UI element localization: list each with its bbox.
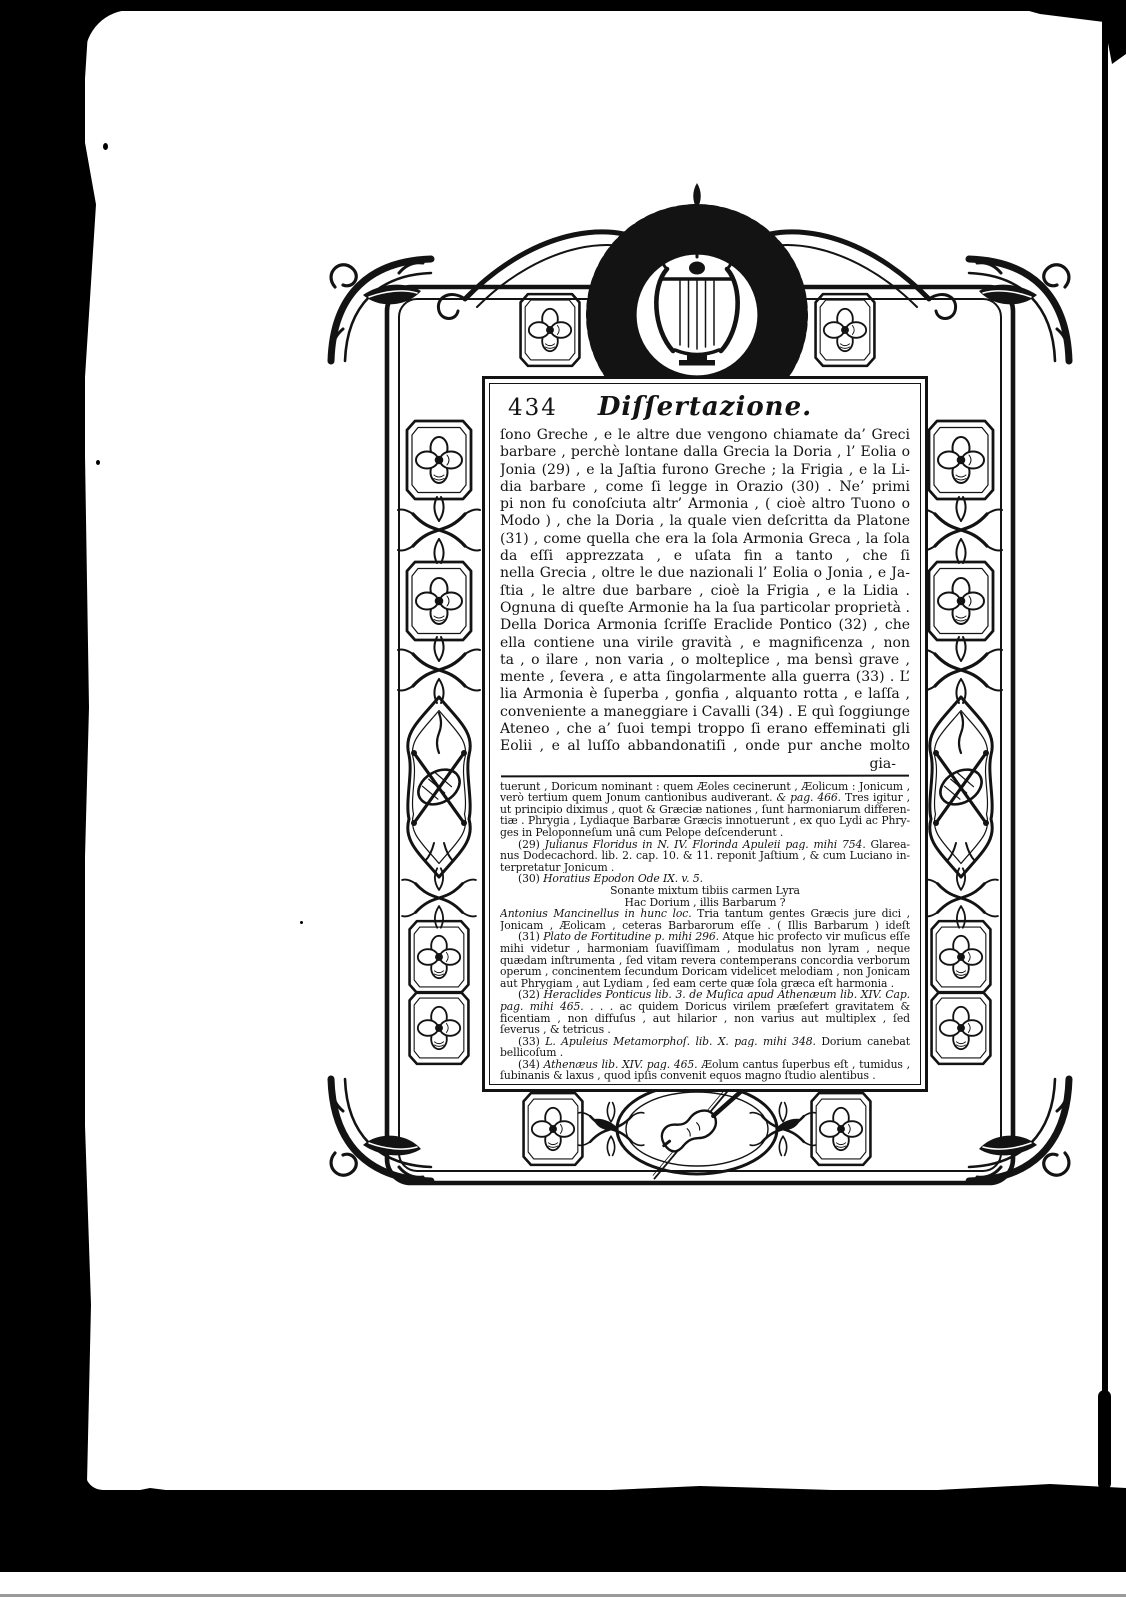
body-text-line: Modo ) , che la Doria , la quale vien de… (500, 513, 910, 530)
footnote-line: ut principio diximus , quot & Græciæ nat… (500, 804, 910, 816)
text-panel: 434 Diſſertazione. ſono Greche , e le al… (482, 376, 928, 1092)
body-text-line: mente , ſevera , e atta ſingolarmente al… (500, 669, 910, 686)
corner-scroll-bottom-right (969, 1079, 1069, 1181)
footnote-line: (34) Athenæus lib. XIV. pag. 465. Æolum … (500, 1059, 910, 1071)
rosette-panel-top-right (816, 294, 875, 366)
footnote-line: ſubinanis & laxus , quod ipſis convenit … (500, 1070, 910, 1082)
body-text-line: Eolii , e al luſſo abbandonatiſi , onde … (500, 738, 910, 755)
scan-top-edge (0, 0, 1126, 11)
page-header: 434 Diſſertazione. (500, 392, 910, 424)
body-text-line: ella contiene una virile gravità , e mag… (500, 635, 910, 652)
drum-and-drumsticks-icon (408, 697, 471, 877)
running-title: Diſſertazione. (570, 392, 840, 422)
text-panel-inner: 434 Diſſertazione. ſono Greche , e le al… (489, 383, 921, 1085)
footnote-line: ficentiam , non diffuſus , aut hilarior … (500, 1013, 910, 1025)
scan-gutter-blob (1098, 1390, 1111, 1490)
footnote-line: (29) Julianus Floridus in N. IV. Florind… (500, 839, 910, 851)
footnote-rule (501, 774, 909, 777)
footnote-line: pag. mihi 465. . . . ac quidem Doricus v… (500, 1001, 910, 1013)
footnote-line: Hac Dorium , illis Barbarum ? (500, 897, 910, 909)
body-text-line: Ognuna di queſte Armonie ha la ſua parti… (500, 600, 910, 617)
footnote-line: Antonius Mancinellus in hunc loc. Tria t… (500, 908, 910, 920)
body-text-line: ſono Greche , e le altre due vengono chi… (500, 427, 910, 444)
footnote-line: mihi videtur , harmoniam ſuaviſſimam , m… (500, 943, 910, 955)
scan-speck (96, 460, 100, 465)
body-text-line: dia barbare , come ſi legge in Orazio (3… (500, 479, 910, 496)
corner-scroll-bottom-left (331, 1079, 431, 1181)
body-text-line: ſtia , le altre due barbare , cioè la Fr… (500, 583, 910, 600)
body-text-line: barbare , perchè lontane dalla Grecia la… (500, 444, 910, 461)
page-number: 434 (500, 395, 570, 421)
footnote-line: operum , concinentem ſecundum Doricam vi… (500, 966, 910, 978)
footnote-line: tuerunt , Doricum nominant : quem Æoles … (500, 781, 910, 793)
body-text-line: nella Grecia , oltre le due nazionali l’… (500, 565, 910, 582)
scanned-book-page: { "document": { "page_number": "434", "r… (0, 0, 1126, 1600)
catchword: gia- (500, 756, 910, 773)
body-text-line: Della Dorica Armonia ſcriſſe Eraclide Po… (500, 617, 910, 634)
scan-bottom-edge (0, 1484, 1126, 1572)
body-text-line: Jonia (29) , e la Jaſtia furono Greche ;… (500, 462, 910, 479)
footnote-line: (33) L. Apuleius Metamorphoſ. lib. X. pa… (500, 1036, 910, 1048)
footnote-line: aut Phrygiam , aut Lydiam , ſed eam cert… (500, 978, 910, 990)
footnote-line: quædam inſtrumenta , ſed vitam revera co… (500, 955, 910, 967)
body-text-line: da eſſi apprezzata , e uſata fin a tanto… (500, 548, 910, 565)
body-text-line: Ateneo , che a’ ſuoi tempi troppo ſi era… (500, 721, 910, 738)
footnote-line: Sonante mixtum tibiis carmen Lyra (500, 885, 910, 897)
rosette-panel-top-left (521, 294, 580, 366)
corner-scroll-top-right (969, 259, 1069, 361)
body-text-line: (31) , come quella che era la ſola Armon… (500, 531, 910, 548)
corner-scroll-top-left (331, 259, 431, 361)
footnotes: tuerunt , Doricum nominant : quem Æoles … (500, 781, 910, 1082)
body-text-line: pi non fu conoſciuta altr’ Armonia , ( c… (500, 496, 910, 513)
body-text-line: lia Armonia è ſuperba , gonfia , alquant… (500, 686, 910, 703)
footnote-line: tiæ . Phrygia , Lydiaque Barbaræ Græcis … (500, 815, 910, 827)
scan-left-edge (0, 0, 96, 1572)
frame-left-strip (398, 421, 480, 1064)
body-text: ſono Greche , e le altre due vengono chi… (500, 427, 910, 756)
scan-bottom-line (0, 1594, 1126, 1597)
footnote-line: (31) Plato de Fortitudine p. mihi 296. A… (500, 931, 910, 943)
footnote-line: ſeverus , & tetricus . (500, 1024, 910, 1036)
footnote-line: nus Dodecachord. lib. 2. cap. 10. & 11. … (500, 850, 910, 862)
drum-and-drumsticks-icon (930, 697, 993, 877)
footnote-line: (32) Heraclides Ponticus lib. 3. de Muſi… (500, 989, 910, 1001)
scan-speck (103, 143, 108, 150)
footnote-line: Jonicam , Æolicam , ceteras Barbarorum e… (500, 920, 910, 932)
footnote-line: ges in Peloponneſum unâ cum Pelope deſce… (500, 827, 910, 839)
scan-speck (300, 921, 303, 924)
footnote-line: (30) Horatius Epodon Ode IX. v. 5. (500, 873, 910, 885)
footnote-line: terpretatur Jonicum . (500, 862, 910, 874)
frame-right-strip (920, 421, 1002, 1064)
body-text-line: conveniente a maneggiare i Cavalli (34) … (500, 704, 910, 721)
footnote-line: bellicoſum . (500, 1047, 910, 1059)
body-text-line: ta , o ilare , non varia , o molteplice … (500, 652, 910, 669)
footnote-line: verò tertium quem Jonum cantionibus audi… (500, 792, 910, 804)
scan-gutter-line (1102, 8, 1108, 1488)
